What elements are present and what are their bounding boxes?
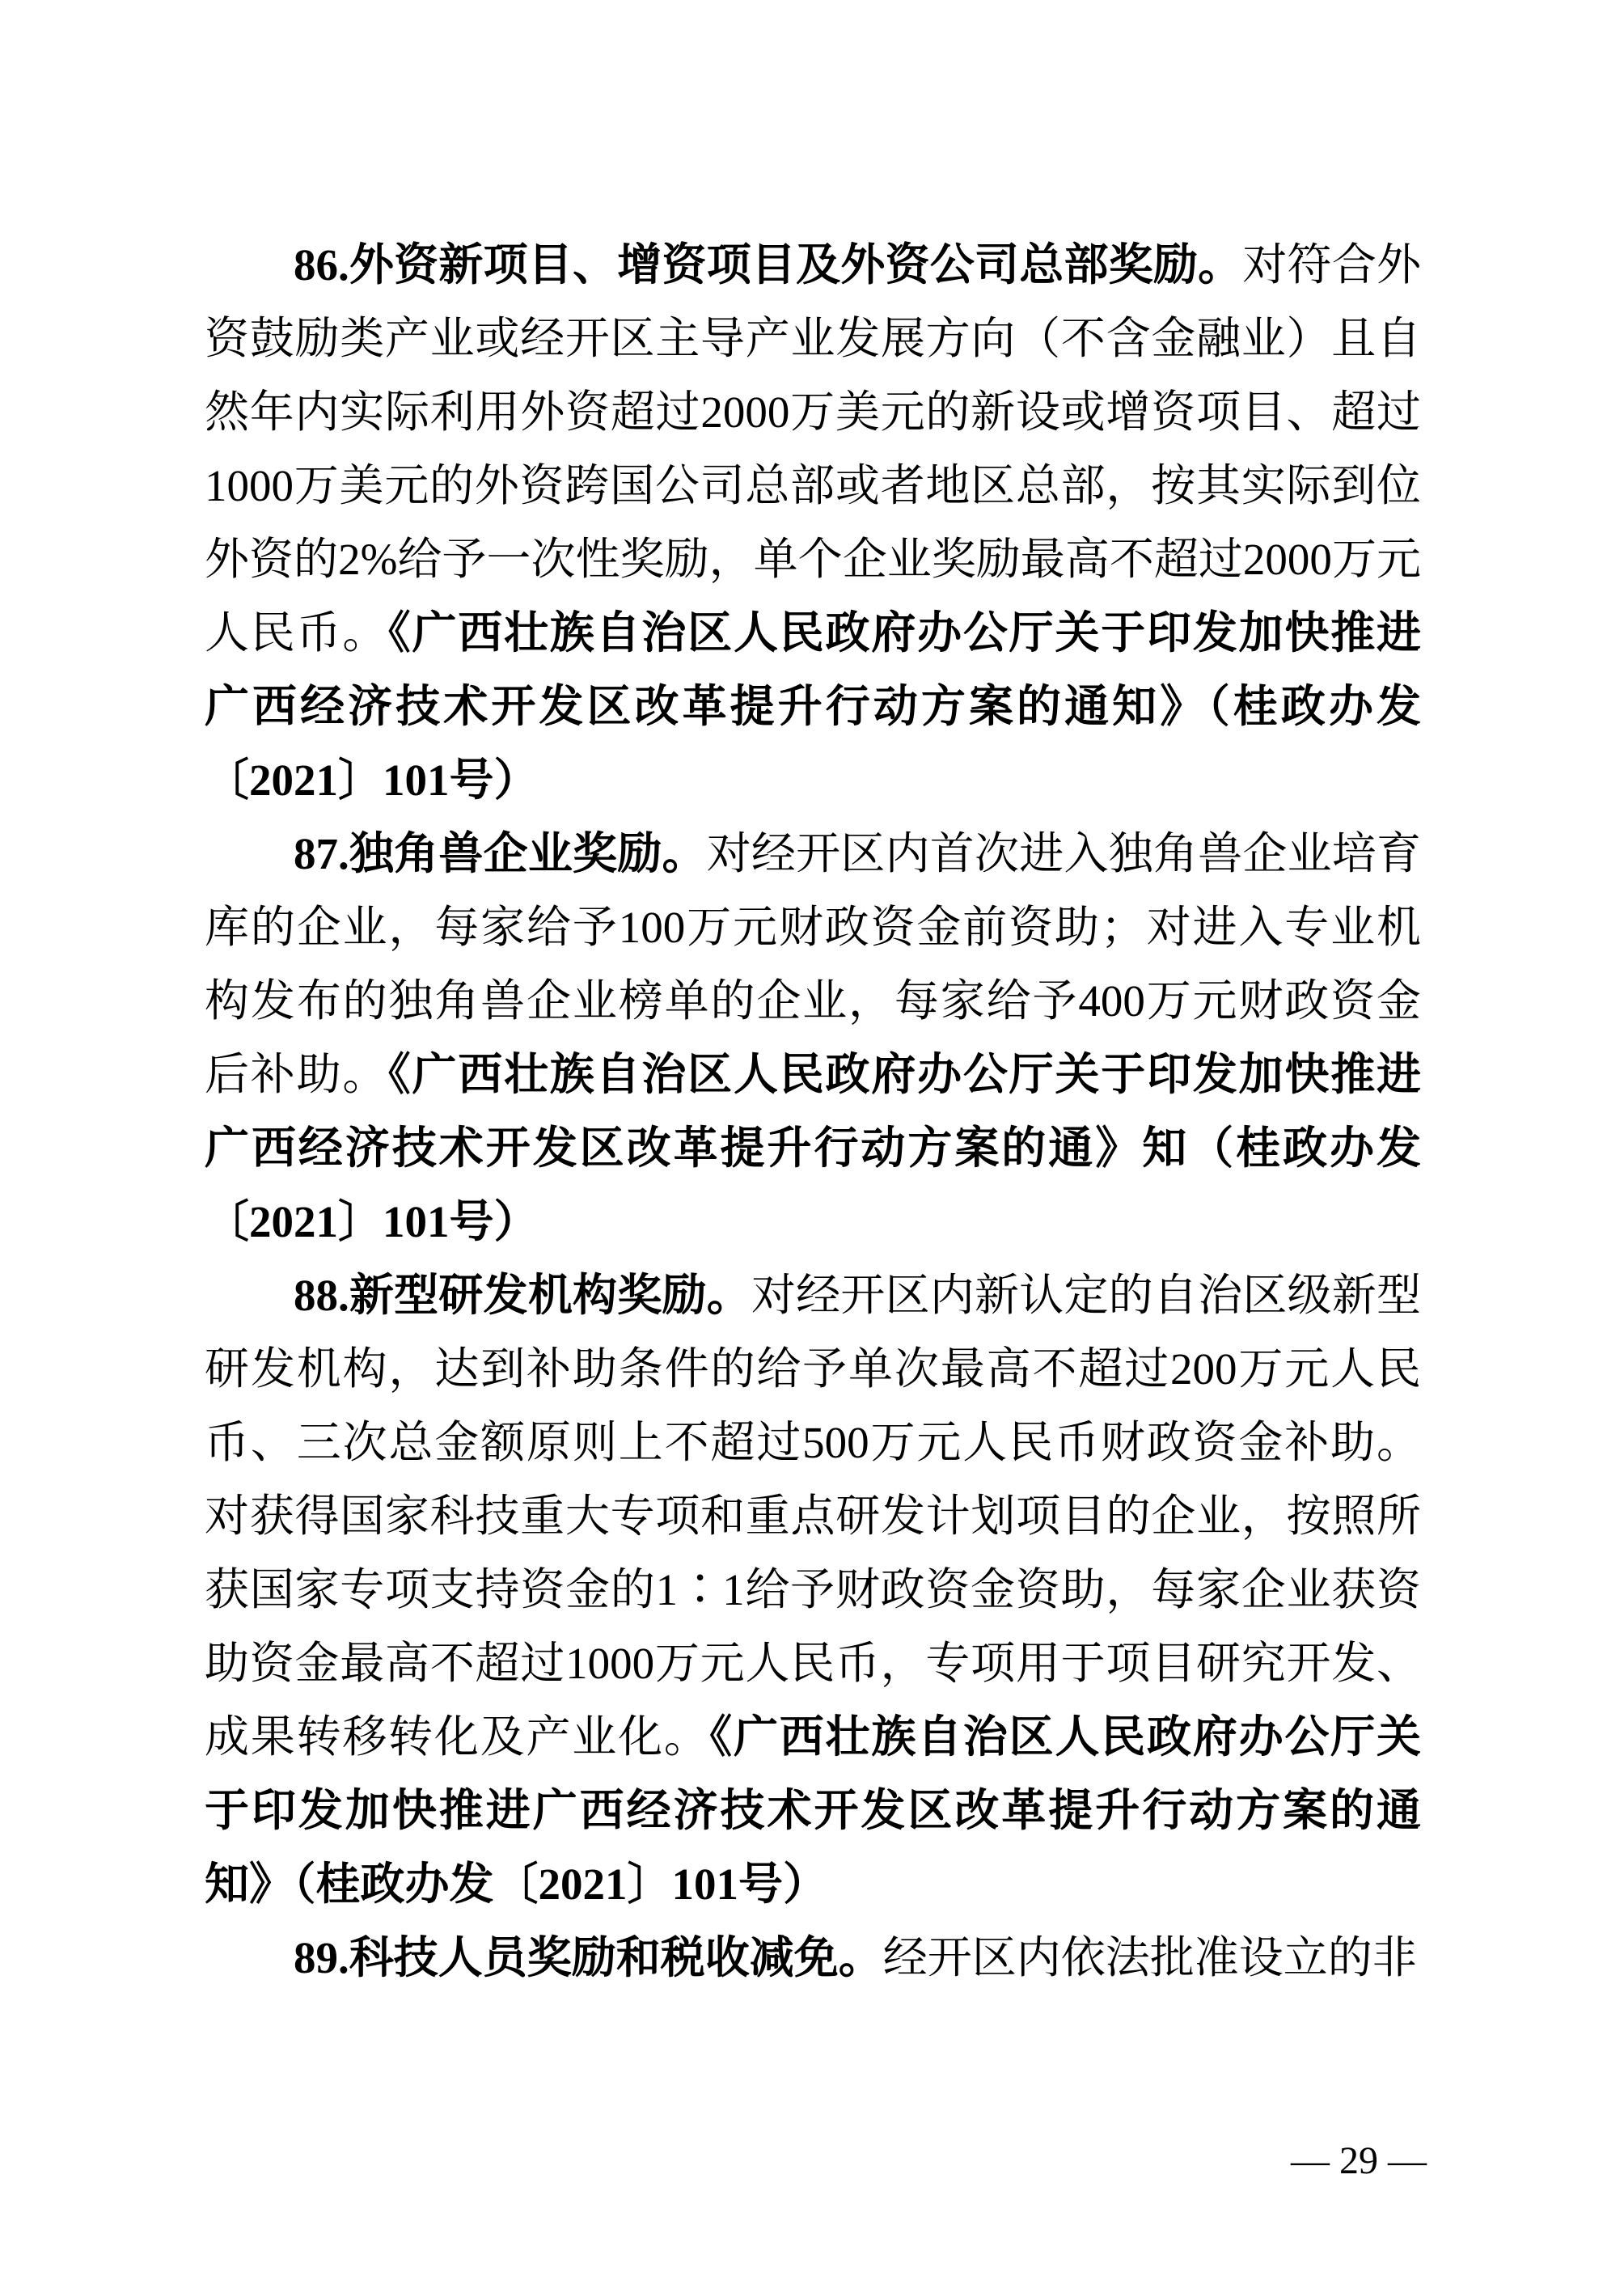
clause-88-heading: 88.新型研发机构奖励。 (294, 1271, 751, 1320)
clause-89-body-text: 经开区内依法批准设立的非 (883, 1933, 1417, 1982)
clause-87-heading: 87.独角兽企业奖励。 (294, 829, 707, 878)
page-number: — 29 — (1260, 2137, 1457, 2185)
paragraph-clause-89: 89.科技人员奖励和税收减免。经开区内依法批准设立的非 (205, 1921, 1421, 1995)
paragraph-clause-86: 86.外资新项目、增资项目及外资公司总部奖励。对符合外资鼓励类产业或经开区主导产… (205, 228, 1421, 817)
clause-89-heading: 89.科技人员奖励和税收减免。 (294, 1933, 883, 1982)
paragraph-clause-87: 87.独角兽企业奖励。对经开区内首次进入独角兽企业培育库的企业，每家给予100万… (205, 817, 1421, 1259)
clause-86-body-text: 对符合外资鼓励类产业或经开区主导产业发展方向（不含金融业）且自然年内实际利用外资… (205, 240, 1421, 658)
clause-86-heading: 86.外资新项目、增资项目及外资公司总部奖励。 (294, 240, 1242, 290)
document-body: 86.外资新项目、增资项目及外资公司总部奖励。对符合外资鼓励类产业或经开区主导产… (205, 228, 1421, 1995)
clause-88-body-text: 对经开区内新认定的自治区级新型研发机构，达到补助条件的给予单次最高不超过200万… (205, 1271, 1421, 1762)
document-page: 86.外资新项目、增资项目及外资公司总部奖励。对符合外资鼓励类产业或经开区主导产… (0, 0, 1624, 2293)
paragraph-clause-88: 88.新型研发机构奖励。对经开区内新认定的自治区级新型研发机构，达到补助条件的给… (205, 1259, 1421, 1921)
